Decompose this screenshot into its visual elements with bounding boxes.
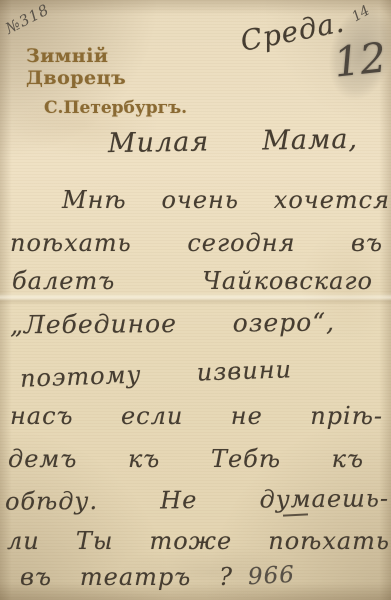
letter-line: насъ если не прiѣ- — [10, 402, 383, 430]
letterhead-palace-name: Зимній Дворецъ — [26, 45, 178, 89]
salutation: Милая Мама, — [108, 124, 359, 159]
archival-number-top-left: №318 — [2, 0, 52, 37]
letterhead: Зимній Дворецъ С.Петербургъ. — [26, 45, 178, 118]
letterhead-city: С.Петербургъ. — [44, 98, 150, 118]
letter-line: балетъ Чайковскаго — [12, 267, 373, 295]
handwriting-underline — [283, 513, 308, 516]
closing-question: въ театръ ? — [20, 563, 233, 591]
letter-line: поэтому извини — [20, 355, 293, 392]
archival-number-bottom: 966 — [247, 562, 295, 590]
letter-line: ли Ты тоже поѣхать — [7, 527, 390, 555]
letter-scan: №318 14 12 Зимній Дворецъ С.Петербургъ. … — [0, 0, 391, 600]
letter-line: поѣхать сегодня въ — [10, 229, 383, 257]
letter-line: „Лебединое озеро“, — [10, 308, 335, 340]
letter-line: обѣду. Не думаешь- — [5, 484, 389, 515]
letter-line: Мнѣ очень хочется — [62, 186, 390, 214]
letter-line: демъ къ Тебѣ къ — [8, 445, 364, 473]
pencil-mark-large: 12 — [332, 33, 389, 86]
letter-last-line: въ театръ ?966 — [20, 563, 320, 591]
